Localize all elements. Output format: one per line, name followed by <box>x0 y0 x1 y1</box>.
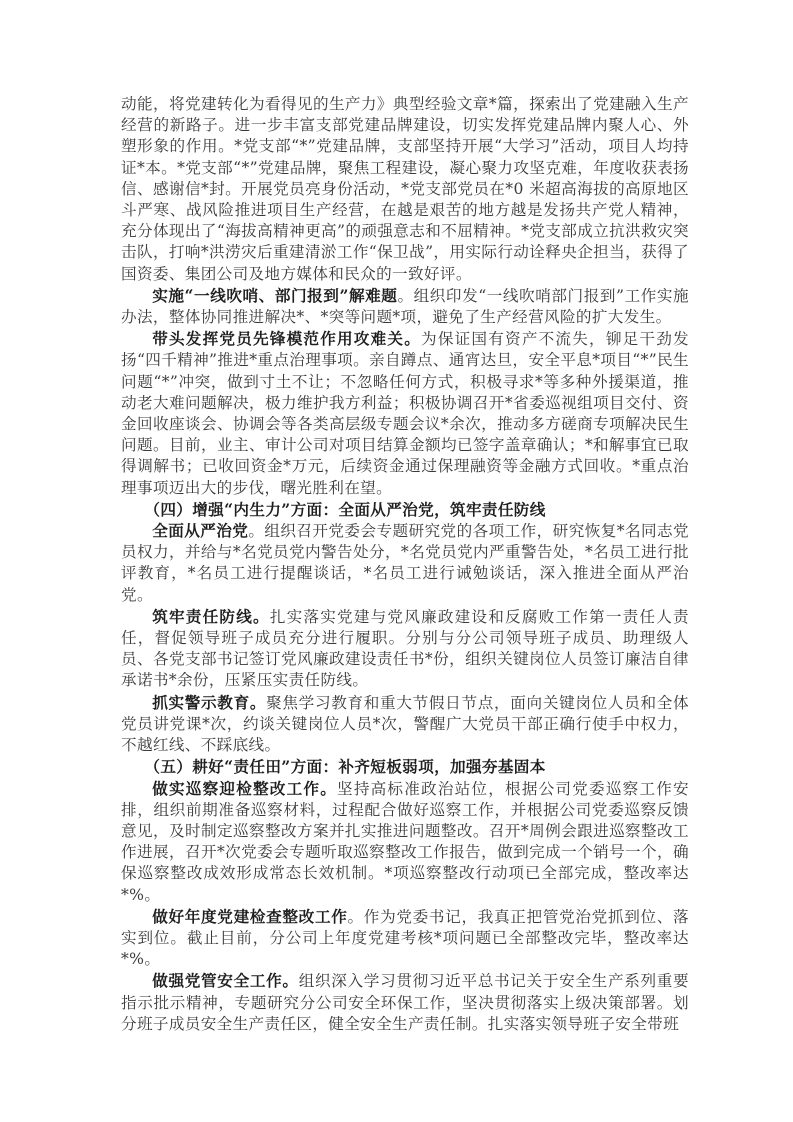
paragraph-safety-management: 做强党管安全工作。组织深入学习贯彻习近平总书记关于安全生产系列重要指示批示精神，… <box>121 970 689 1035</box>
paragraph-text: 动能，将党建转化为看得见的生产力》典型经验文章*篇，探索出了党建融入生产经营的新… <box>121 95 689 283</box>
paragraph-lead: 带头发挥党员先锋模范作用攻难关。 <box>152 329 421 348</box>
paragraph-lead: 全面从严治党 <box>152 521 248 540</box>
paragraph-frontline-whistle: 实施“一线吹哨、部门报到”解难题。组织印发“一线吹哨部门报到”工作实施办法，整体… <box>121 285 689 328</box>
paragraph-inspection-rectification: 做实巡察迎检整改工作。坚持高标准政治站位，根据公司党委巡察工作安排，组织前期准备… <box>121 778 689 906</box>
paragraph-strict-governance: 全面从严治党。组织召开党委会专题研究党的各项工作，研究恢复*名同志党员权力，并给… <box>121 520 689 606</box>
paragraph-lead: 抓实警示教育。 <box>152 693 266 712</box>
paragraph-text: 为保证国有资产不流失，铆足干劲发扬“四千精神”推进*重点治理事项。亲自蹲点、通宵… <box>121 330 689 496</box>
paragraph-lead: 实施“一线吹哨、部门报到”解难题 <box>152 286 397 305</box>
paragraph-responsibility-defense: 筑牢责任防线。扎实落实党建与党风廉政建设和反腐败工作第一责任人责任，督促领导班子… <box>121 606 689 692</box>
paragraph-vanguard-role: 带头发挥党员先锋模范作用攻难关。为保证国有资产不流失，铆足干劲发扬“四千精神”推… <box>121 328 689 499</box>
paragraph-annual-check-rectification: 做好年度党建检查整改工作。作为党委书记，我真正把管党治党抓到位、落实到位。截止目… <box>121 906 689 971</box>
paragraph-party-brand-continuation: 动能，将党建转化为看得见的生产力》典型经验文章*篇，探索出了党建融入生产经营的新… <box>121 94 689 285</box>
paragraph-lead: 筑牢责任防线。 <box>152 607 270 626</box>
paragraph-lead: 做好年度党建检查整改工作 <box>152 907 347 926</box>
document-page: 动能，将党建转化为看得见的生产力》典型经验文章*篇，探索出了党建融入生产经营的新… <box>121 94 689 1035</box>
paragraph-warning-education: 抓实警示教育。聚焦学习教育和重大节假日节点，面向关键岗位人员和全体党员讲党课*次… <box>121 692 689 757</box>
section-heading-5: （五）耕好“责任田”方面：补齐短板弱项，加强夯基固本 <box>121 756 689 777</box>
paragraph-lead: 做实巡察迎检整改工作。 <box>152 779 337 798</box>
section-heading-4: （四）增强“内生力”方面：全面从严治党，筑牢责任防线 <box>121 499 689 520</box>
paragraph-text: 坚持高标准政治站位，根据公司党委巡察工作安排，组织前期准备巡察材料，过程配合做好… <box>121 780 689 904</box>
paragraph-lead: 做强党管安全工作。 <box>152 971 299 990</box>
